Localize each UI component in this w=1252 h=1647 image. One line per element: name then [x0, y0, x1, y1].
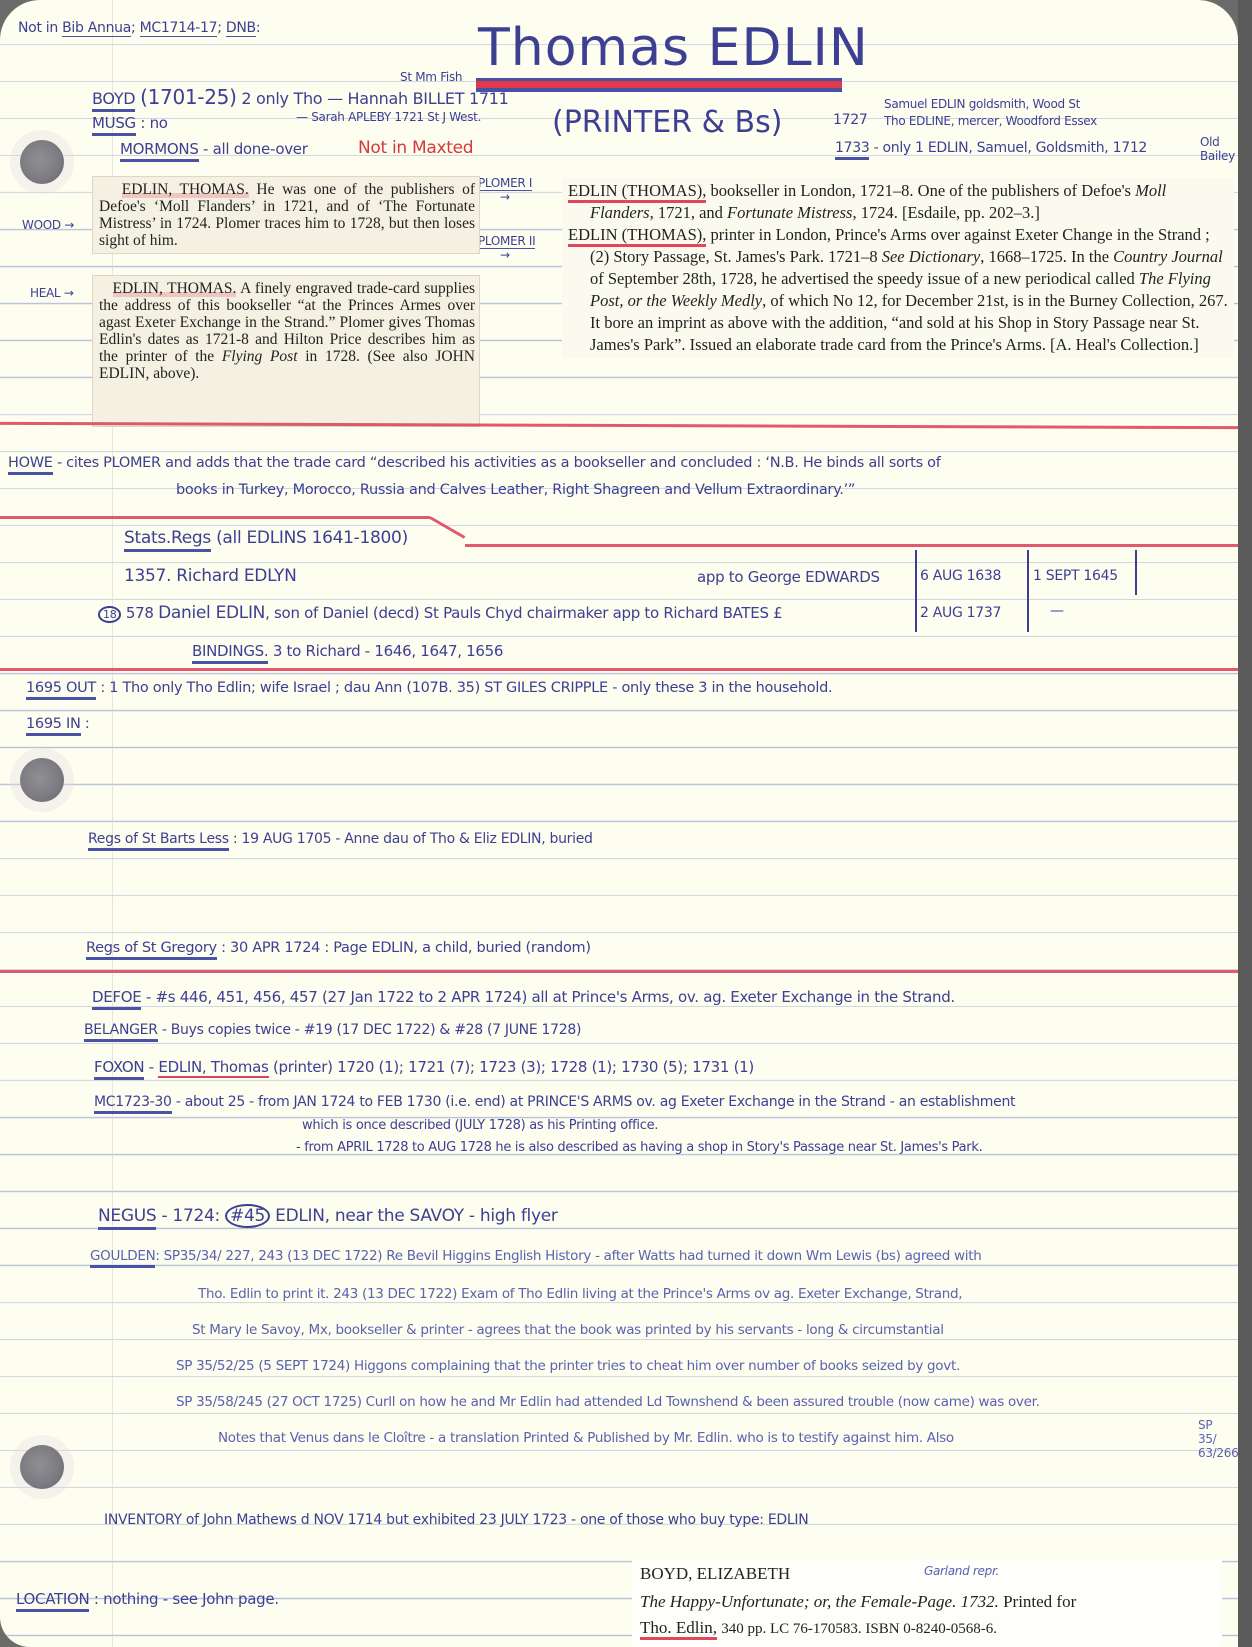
- regs-st-barts-label: Regs of St Barts Less: [88, 831, 229, 851]
- stats-row-num: 578: [126, 604, 154, 622]
- boyd-note: BOYD (1701-25) 2 only Tho — Hannah BILLE…: [92, 85, 509, 109]
- belanger-text: - Buys copies twice - #19 (17 DEC 1722) …: [162, 1022, 581, 1038]
- note-1733-text: - only 1 EDLIN, Samuel, Goldsmith, 1712: [874, 140, 1147, 156]
- clipping-wood-name: EDLIN, THOMAS.: [122, 181, 249, 198]
- regs-st-barts: Regs of St Barts Less : 19 AUG 1705 - An…: [88, 831, 593, 847]
- clipping-plomer2-italic2: Country Journal: [1113, 247, 1223, 266]
- belanger-label: BELANGER: [84, 1022, 158, 1042]
- red-divider: [0, 668, 1238, 671]
- red-divider: [0, 516, 430, 519]
- boyd-elizabeth-details-line: Tho. Edlin, 340 pp. LC 76-170583. ISBN 0…: [640, 1618, 997, 1638]
- punch-hole-icon: [20, 140, 64, 184]
- boyd-elizabeth-title: The Happy-Unfortunate; or, the Female-Pa…: [640, 1592, 999, 1611]
- musg-label: MUSG: [92, 114, 136, 136]
- note-1733-aside: Old Bailey: [1200, 135, 1236, 163]
- stats-row-marker: 18: [98, 606, 121, 623]
- stats-row-name: Daniel EDLIN: [158, 603, 265, 623]
- stats-row-detail: , son of Daniel (decd) St Pauls Chyd cha…: [265, 604, 782, 622]
- clipping-wood: EDLIN, THOMAS. He was one of the publish…: [92, 176, 480, 254]
- foxon-label: FOXON: [94, 1058, 144, 1080]
- boyd-label: BOYD: [92, 89, 135, 112]
- clipping-plomer1-text3: , 1724. [Esdaile, pp. 202–3.]: [852, 203, 1039, 222]
- clipping-plomer1-italic2: Fortunate Mistress: [727, 203, 852, 222]
- page-subtitle: (PRINTER & Bs): [552, 105, 782, 140]
- mc1723-line1: - about 25 - from JAN 1724 to FEB 1730 (…: [176, 1094, 1015, 1110]
- regs-st-gregory-text: : 30 APR 1724 : Page EDLIN, a child, bur…: [221, 940, 591, 956]
- defoe-note: DEFOE - #s 446, 451, 456, 457 (27 Jan 17…: [92, 988, 955, 1006]
- stats-row-date1: 6 AUG 1638: [920, 568, 1001, 584]
- boyd-elizabeth-annotation: Garland repr.: [924, 1564, 999, 1578]
- stats-row-date2: —: [1050, 603, 1064, 619]
- stats-row-2: 18 578 Daniel EDLIN, son of Daniel (decd…: [98, 603, 782, 623]
- clipping-plomer1-name: EDLIN (THOMAS),: [568, 181, 706, 203]
- inventory-note: INVENTORY of John Mathews d NOV 1714 but…: [104, 1512, 808, 1528]
- boyd-elizabeth-printer: Tho. Edlin,: [640, 1618, 717, 1640]
- stats-regs-label: Stats.Regs: [124, 528, 211, 552]
- clipping-plomer2-text3: of September 28th, 1728, he advertised t…: [590, 269, 1135, 288]
- title-underline: [476, 78, 842, 92]
- note-1733: 1733 - only 1 EDLIN, Samuel, Goldsmith, …: [835, 140, 1147, 156]
- boyd-elizabeth-title-line: The Happy-Unfortunate; or, the Female-Pa…: [640, 1592, 1076, 1612]
- red-divider: [0, 970, 1238, 973]
- census-1695-in: 1695 IN :: [26, 716, 89, 732]
- howe-line1: - cites PLOMER and adds that the trade c…: [57, 455, 941, 471]
- clipping-boyd-elizabeth: BOYD, ELIZABETH Garland repr. The Happy-…: [632, 1560, 1222, 1647]
- negus-note: NEGUS - 1724: #45 EDLIN, near the SAVOY …: [98, 1204, 558, 1228]
- negus-label: NEGUS: [98, 1206, 156, 1230]
- census-out-text: : 1 Tho only Tho Edlin; wife Israel ; da…: [100, 680, 832, 696]
- goulden-text: : SP35/34/ 227, 243 (13 DEC 1722) Re Bev…: [155, 1248, 981, 1264]
- goulden-line-5: Notes that Venus dans le Cloître - a tra…: [218, 1430, 954, 1446]
- top-note: Not in Bib Annua; MC1714-17; DNB:: [18, 20, 260, 36]
- location-note: LOCATION : nothing - see John page.: [16, 1590, 279, 1608]
- bindings-label: BINDINGS.: [192, 642, 268, 664]
- boyd-text: 2 only Tho — Hannah BILLET 1711: [241, 89, 508, 108]
- census-in-label: 1695 IN: [26, 716, 81, 736]
- negus-text: EDLIN, near the SAVOY - high flyer: [275, 1206, 557, 1226]
- page-edge: [1238, 0, 1252, 1647]
- clipping-plomer2-italic: See Dictionary: [882, 247, 981, 266]
- boyd-superscript: St Mm Fish: [400, 70, 462, 84]
- regs-st-gregory: Regs of St Gregory : 30 APR 1724 : Page …: [86, 940, 591, 956]
- musg-note: MUSG : no: [92, 114, 168, 132]
- mc1723-label: MC1723-30: [94, 1094, 172, 1114]
- mc1723-line3: - from APRIL 1728 to AUG 1728 he is also…: [296, 1140, 982, 1155]
- note-1727-year: 1727: [833, 112, 867, 128]
- arrow-right-icon: →: [500, 248, 510, 262]
- bindings-note: BINDINGS. 3 to Richard - 1646, 1647, 165…: [192, 642, 503, 660]
- boyd-elizabeth-author: BOYD, ELIZABETH: [640, 1564, 790, 1584]
- bindings-text: 3 to Richard - 1646, 1647, 1656: [273, 642, 503, 660]
- punch-hole-icon: [20, 1445, 64, 1489]
- clipping-heal: EDLIN, THOMAS. A finely engraved trade-c…: [92, 275, 480, 427]
- stats-row-date2: 1 SEPT 1645: [1033, 568, 1118, 584]
- mormons-label: MORMONS: [120, 140, 199, 162]
- margin-label-plomer1: PLOMER I: [478, 176, 532, 191]
- goulden-label: GOULDEN: [90, 1248, 155, 1268]
- stats-row-date1: 2 AUG 1737: [920, 605, 1001, 621]
- howe-note: HOWE - cites PLOMER and adds that the tr…: [8, 455, 941, 471]
- regs-st-gregory-label: Regs of St Gregory: [86, 940, 217, 960]
- boyd-line2: — Sarah APLEBY 1721 St J West.: [296, 110, 481, 124]
- location-label: LOCATION: [16, 1590, 89, 1612]
- ref-mc1714: MC1714-17: [140, 20, 218, 37]
- ref-dnb: DNB: [226, 20, 256, 37]
- goulden-line-3: SP 35/52/25 (5 SEPT 1724) Higgons compla…: [176, 1358, 960, 1374]
- margin-label-heal: HEAL →: [30, 286, 74, 300]
- table-divider: [915, 550, 917, 632]
- notebook-page: Not in Bib Annua; MC1714-17; DNB: Thomas…: [0, 0, 1238, 1647]
- arrow-right-icon: →: [500, 190, 510, 204]
- musg-value: : no: [140, 114, 167, 132]
- punch-hole-icon: [20, 758, 64, 802]
- mormons-note: MORMONS - all done-over: [120, 140, 308, 158]
- ref-bib-annua: Bib Annua: [62, 20, 131, 37]
- clipping-plomer2-text2: , 1668–1725. In the: [980, 247, 1109, 266]
- negus-year: - 1724:: [161, 1206, 219, 1226]
- goulden-side-ref: SP 35/ 63/266.: [1198, 1418, 1234, 1460]
- clipping-plomer2-name: EDLIN (THOMAS),: [568, 225, 706, 247]
- defoe-text: - #s 446, 451, 456, 457 (27 Jan 1722 to …: [146, 988, 955, 1006]
- stats-row-1: 1357. Richard EDLYN: [124, 566, 297, 586]
- boyd-elizabeth-details: 340 pp. LC 76-170583. ISBN 0-8240-0568-6…: [721, 1621, 997, 1637]
- clipping-plomer1-text2: , 1721, and: [650, 203, 723, 222]
- stats-regs-note: (all EDLINS 1641-1800): [216, 528, 408, 548]
- negus-number: #45: [225, 1204, 270, 1228]
- mc1723-line2: which is once described (JULY 1728) as h…: [302, 1118, 658, 1133]
- census-1695-out: 1695 OUT : 1 Tho only Tho Edlin; wife Is…: [26, 680, 832, 696]
- note-1727-line1: Samuel EDLIN goldsmith, Wood St: [884, 97, 1080, 111]
- foxon-text: (printer) 1720 (1); 1721 (7); 1723 (3); …: [273, 1058, 754, 1076]
- page-title: Thomas EDLIN: [478, 18, 869, 78]
- red-divider: [465, 544, 1238, 547]
- mormons-value: - all done-over: [203, 140, 308, 158]
- stats-regs-heading: Stats.Regs (all EDLINS 1641-1800): [124, 528, 408, 548]
- census-in-text: :: [85, 716, 90, 732]
- goulden-line-4: SP 35/58/245 (27 OCT 1725) Curll on how …: [176, 1394, 1040, 1410]
- margin-label-plomer2: PLOMER II: [478, 234, 535, 249]
- table-divider: [1135, 550, 1137, 595]
- foxon-note: FOXON - EDLIN, Thomas (printer) 1720 (1)…: [94, 1058, 754, 1076]
- boyd-range: (1701-25): [140, 85, 236, 109]
- stats-row-name: Richard EDLYN: [176, 566, 296, 586]
- note-1727-line2: Tho EDLINE, mercer, Woodford Essex: [884, 114, 1097, 128]
- clipping-heal-name: EDLIN, THOMAS.: [113, 280, 237, 297]
- census-out-label: 1695 OUT: [26, 680, 96, 700]
- not-in-maxted-note: Not in Maxted: [358, 138, 473, 158]
- boyd-elizabeth-printed-for: Printed for: [1003, 1592, 1076, 1611]
- stats-row-detail: app to George EDWARDS: [697, 568, 880, 586]
- goulden-line-1: Tho. Edlin to print it. 243 (13 DEC 1722…: [198, 1286, 962, 1302]
- margin-label-wood: WOOD →: [22, 218, 74, 232]
- location-text: : nothing - see John page.: [94, 1590, 279, 1608]
- red-divider: [429, 516, 465, 539]
- clipping-heal-italic: Flying Post: [222, 348, 298, 365]
- clipping-plomer: EDLIN (THOMAS), bookseller in London, 17…: [562, 178, 1234, 358]
- goulden-line-2: St Mary le Savoy, Mx, bookseller & print…: [192, 1322, 944, 1338]
- note-1733-year: 1733: [835, 140, 869, 160]
- top-note-prefix: Not in: [18, 20, 58, 36]
- table-divider: [1027, 550, 1029, 632]
- clipping-plomer1-text: bookseller in London, 1721–8. One of the…: [711, 181, 1131, 200]
- foxon-name: EDLIN, Thomas: [158, 1058, 268, 1078]
- mc1723-note: MC1723-30 - about 25 - from JAN 1724 to …: [94, 1094, 1015, 1110]
- defoe-label: DEFOE: [92, 988, 141, 1010]
- stats-row-num: 1357.: [124, 566, 171, 586]
- howe-label: HOWE: [8, 455, 53, 475]
- howe-line2: books in Turkey, Morocco, Russia and Cal…: [176, 482, 855, 498]
- goulden-line-0: GOULDEN: SP35/34/ 227, 243 (13 DEC 1722)…: [90, 1248, 982, 1264]
- regs-st-barts-text: : 19 AUG 1705 - Anne dau of Tho & Eliz E…: [233, 831, 593, 847]
- belanger-note: BELANGER - Buys copies twice - #19 (17 D…: [84, 1022, 581, 1038]
